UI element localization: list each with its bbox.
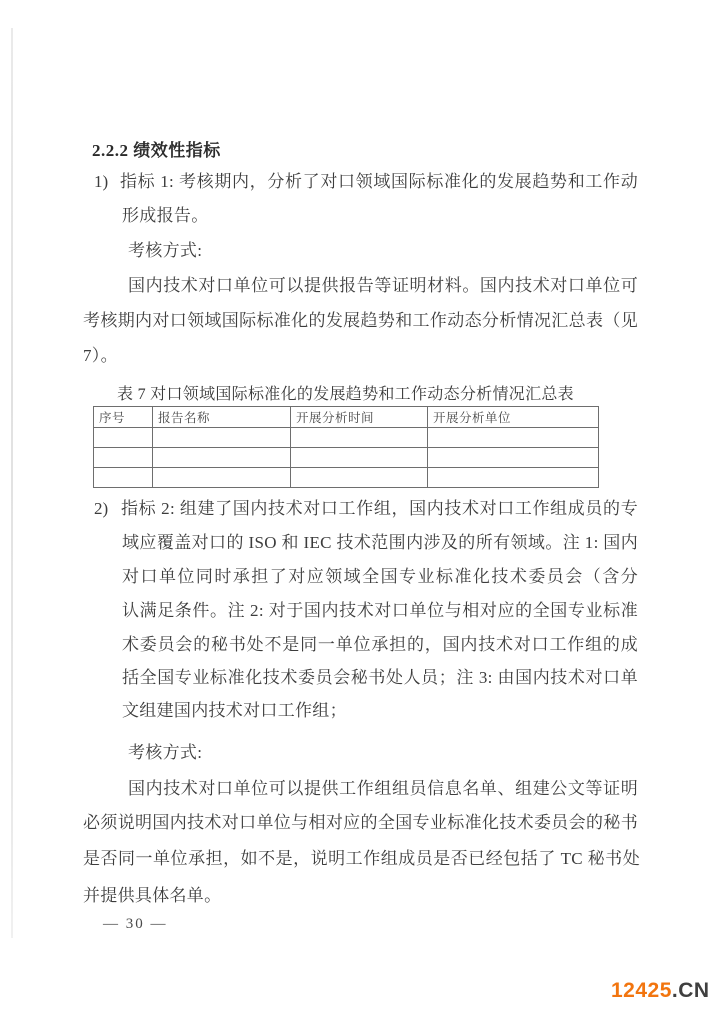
scan-edge-artifact xyxy=(11,28,13,938)
table-cell xyxy=(94,428,153,448)
table-cell xyxy=(428,448,599,468)
paragraph-line: 并提供具体名单。 xyxy=(83,886,221,906)
table-7: 序号 报告名称 开展分析时间 开展分析单位 xyxy=(93,406,599,488)
paragraph-line: 国内技术对口单位可以提供报告等证明材料。国内技术对口单位可形成 xyxy=(128,276,638,296)
paragraph-line: 7）。 xyxy=(83,346,118,366)
paragraph-line: 必须说明国内技术对口单位与相对应的全国专业标准化技术委员会的秘书处 xyxy=(83,813,638,833)
paragraph-line: 术委员会的秘书处不是同一单位承担的，国内技术对口工作组的成员应包 xyxy=(122,635,638,655)
table-caption: 表 7 对口领域国际标准化的发展趋势和工作动态分析情况汇总表 xyxy=(93,381,598,404)
watermark-primary: 12425 xyxy=(611,979,672,1002)
paragraph-line: 形成报告。 xyxy=(122,206,209,226)
paragraph-line: 认满足条件。注 2: 对于国内技术对口单位与相对应的全国专业标准化技 xyxy=(122,601,638,621)
assessment-label: 考核方式: xyxy=(128,241,202,261)
table-empty-row xyxy=(94,448,599,468)
list-marker-1: 1) xyxy=(94,172,108,192)
paragraph-line: 指标 1: 考核期内，分析了对口领域国际标准化的发展趋势和工作动态并 xyxy=(120,172,638,192)
paragraph-line: 是否同一单位承担，如不是，说明工作组成员是否已经包括了 TC 秘书处人员， xyxy=(83,849,640,869)
table-cell xyxy=(428,428,599,448)
table-cell xyxy=(94,468,153,488)
watermark-secondary: .CN xyxy=(672,979,710,1002)
table-cell xyxy=(153,428,291,448)
table-cell xyxy=(94,448,153,468)
table-header-cell: 开展分析时间 xyxy=(291,407,428,428)
paragraph-line: 对口单位同时承担了对应领域全国专业标准化技术委员会（含分会），默 xyxy=(122,567,638,587)
page-number: — 30 — xyxy=(103,916,168,933)
watermark: 12425.CN xyxy=(611,979,710,1003)
document-page: 2.2.2 绩效性指标 1) 指标 1: 考核期内，分析了对口领域国际标准化的发… xyxy=(0,0,720,1017)
list-marker-2: 2) xyxy=(94,499,108,519)
table-header-cell: 开展分析单位 xyxy=(428,407,599,428)
table-cell xyxy=(428,468,599,488)
paragraph-line: 指标 2: 组建了国内技术对口工作组，国内技术对口工作组成员的专业领 xyxy=(121,499,638,519)
section-heading: 2.2.2 绩效性指标 xyxy=(92,136,221,161)
table-cell xyxy=(153,468,291,488)
table-cell xyxy=(291,448,428,468)
table-cell xyxy=(291,468,428,488)
paragraph-line: 考核期内对口领域国际标准化的发展趋势和工作动态分析情况汇总表（见表 xyxy=(83,311,638,331)
paragraph-line: 国内技术对口单位可以提供工作组组员信息名单、组建公文等证明材料。 xyxy=(128,779,638,799)
table-cell xyxy=(153,448,291,468)
paragraph-line: 括全国专业标准化技术委员会秘书处人员；注 3: 由国内技术对口单位发 xyxy=(122,668,638,688)
table-header-row: 序号 报告名称 开展分析时间 开展分析单位 xyxy=(94,407,599,428)
table-empty-row xyxy=(94,468,599,488)
table-header-cell: 序号 xyxy=(94,407,153,428)
assessment-label: 考核方式: xyxy=(128,743,202,763)
paragraph-line: 域应覆盖对口的 ISO 和 IEC 技术范围内涉及的所有领域。注 1: 国内技术 xyxy=(122,533,638,553)
table-cell xyxy=(291,428,428,448)
table-empty-row xyxy=(94,428,599,448)
paragraph-line: 文组建国内技术对口工作组； xyxy=(122,701,347,721)
table-header-cell: 报告名称 xyxy=(153,407,291,428)
